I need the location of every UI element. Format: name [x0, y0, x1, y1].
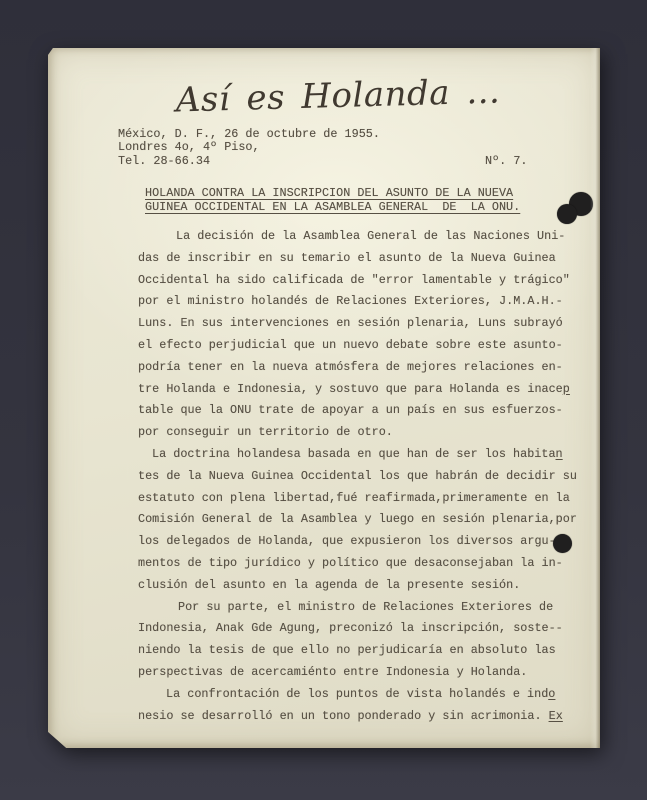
underlined-syllable: n: [556, 447, 563, 461]
body-line: Comisión General de la Asamblea y luego …: [138, 509, 590, 531]
address-line: Londres 4o, 4º Piso,: [118, 141, 380, 154]
body-line: La doctrina holandesa basada en que han …: [138, 444, 590, 466]
body-line: por conseguir un territorio de otro.: [138, 422, 590, 444]
address-line: México, D. F., 26 de octubre de 1955.: [118, 128, 380, 141]
scan-background: Así es Holanda ... México, D. F., 26 de …: [0, 0, 647, 800]
paper-edge-highlight: [590, 48, 600, 748]
letterhead-address-block: México, D. F., 26 de octubre de 1955.Lon…: [118, 128, 380, 168]
typed-body-text: La decisión de la Asamblea General de la…: [138, 226, 590, 727]
underlined-syllable: Ex: [549, 709, 563, 723]
body-line: estatuto con plena libertad,fué reafirma…: [138, 488, 590, 510]
masthead-script-title: Así es Holanda ...: [172, 63, 503, 128]
document-paper: Así es Holanda ... México, D. F., 26 de …: [48, 48, 600, 748]
body-line: nesio se desarrolló en un tono ponderado…: [138, 706, 590, 728]
body-line: Occidental ha sido calificada de "error …: [138, 270, 590, 292]
address-line: Tel. 28-66.34: [118, 155, 380, 168]
body-line: tre Holanda e Indonesia, y sostuvo que p…: [138, 379, 590, 401]
body-line: clusión del asunto en la agenda de la pr…: [138, 575, 590, 597]
body-line: perspectivas de acercamiénto entre Indon…: [138, 662, 590, 684]
punch-hole-icon: [557, 204, 577, 224]
body-line: das de inscribir en su temario el asunto…: [138, 248, 590, 270]
body-line: Indonesia, Anak Gde Agung, preconizó la …: [138, 618, 590, 640]
underlined-syllable: o: [548, 687, 555, 701]
body-line: el efecto perjudicial que un nuevo debat…: [138, 335, 590, 357]
underlined-syllable: p: [563, 382, 570, 396]
body-line: La decisión de la Asamblea General de la…: [138, 226, 590, 248]
headline: HOLANDA CONTRA LA INSCRIPCION DEL ASUNTO…: [145, 187, 520, 215]
headline-line: HOLANDA CONTRA LA INSCRIPCION DEL ASUNTO…: [145, 187, 520, 201]
body-line: por el ministro holandés de Relaciones E…: [138, 291, 590, 313]
body-line: Luns. En sus intervenciones en sesión pl…: [138, 313, 590, 335]
headline-line: GUINEA OCCIDENTAL EN LA ASAMBLEA GENERAL…: [145, 201, 520, 215]
body-line: mentos de tipo jurídico y político que d…: [138, 553, 590, 575]
body-line: tes de la Nueva Guinea Occidental los qu…: [138, 466, 590, 488]
body-line: podría tener en la nueva atmósfera de me…: [138, 357, 590, 379]
body-line: La confrontación de los puntos de vista …: [138, 684, 590, 706]
body-line: Por su parte, el ministro de Relaciones …: [138, 597, 590, 619]
issue-number: Nº. 7.: [485, 154, 527, 168]
document-page: Así es Holanda ... México, D. F., 26 de …: [48, 48, 600, 748]
body-line: table que la ONU trate de apoyar a un pa…: [138, 400, 590, 422]
body-line: niendo la tesis de que ello no perjudica…: [138, 640, 590, 662]
body-line: los delegados de Holanda, que expusieron…: [138, 531, 590, 553]
punch-hole-icon: [553, 534, 572, 553]
